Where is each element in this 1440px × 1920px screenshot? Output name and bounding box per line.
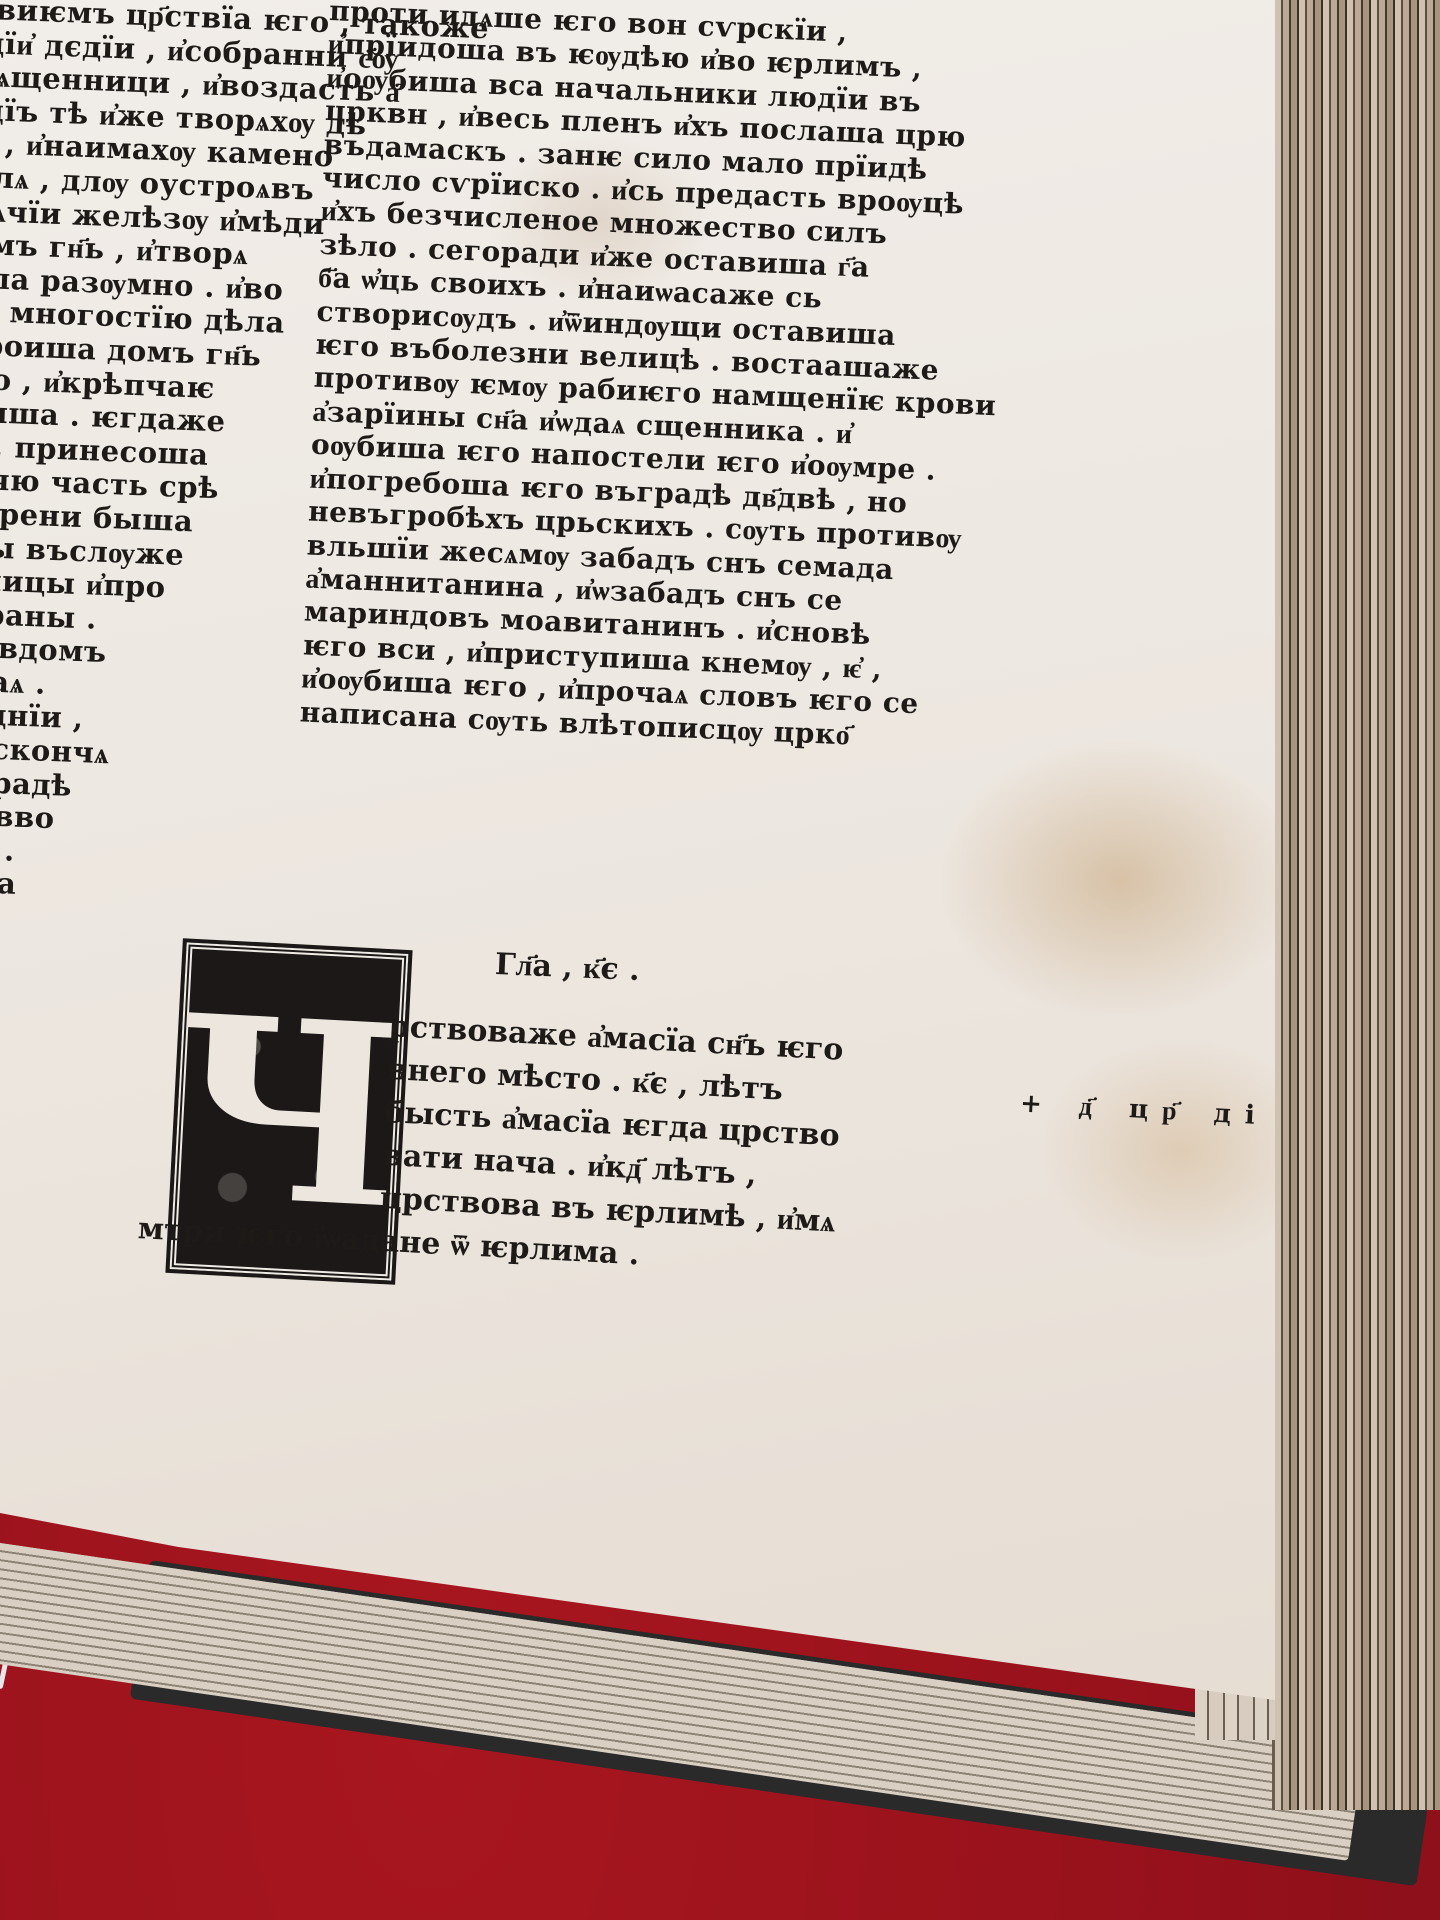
middle-text-column: проти идѧше ѥго вон сѵрскїи ,и҆прїидоша … xyxy=(299,0,1012,757)
drop-cap-letter: Ч xyxy=(168,981,409,1243)
book-photo: ствиѥмъ цр҃ствїа ѥго , такожеѹ҆дїи҆ дєдї… xyxy=(0,0,1440,1920)
margin-reference-note: + д҃ цр҃ ді xyxy=(1019,1089,1269,1132)
book-page: ствиѥмъ цр҃ствїа ѥго , такожеѹ҆дїи҆ дєдї… xyxy=(0,0,1275,1700)
chapter-heading: Гл҃а , к҃є . xyxy=(494,947,640,988)
chapter-text: рствоваже а҆масїа сн҃ъ ѥго внего мѣсто .… xyxy=(376,1005,845,1287)
book-fore-edge xyxy=(1272,0,1440,1810)
